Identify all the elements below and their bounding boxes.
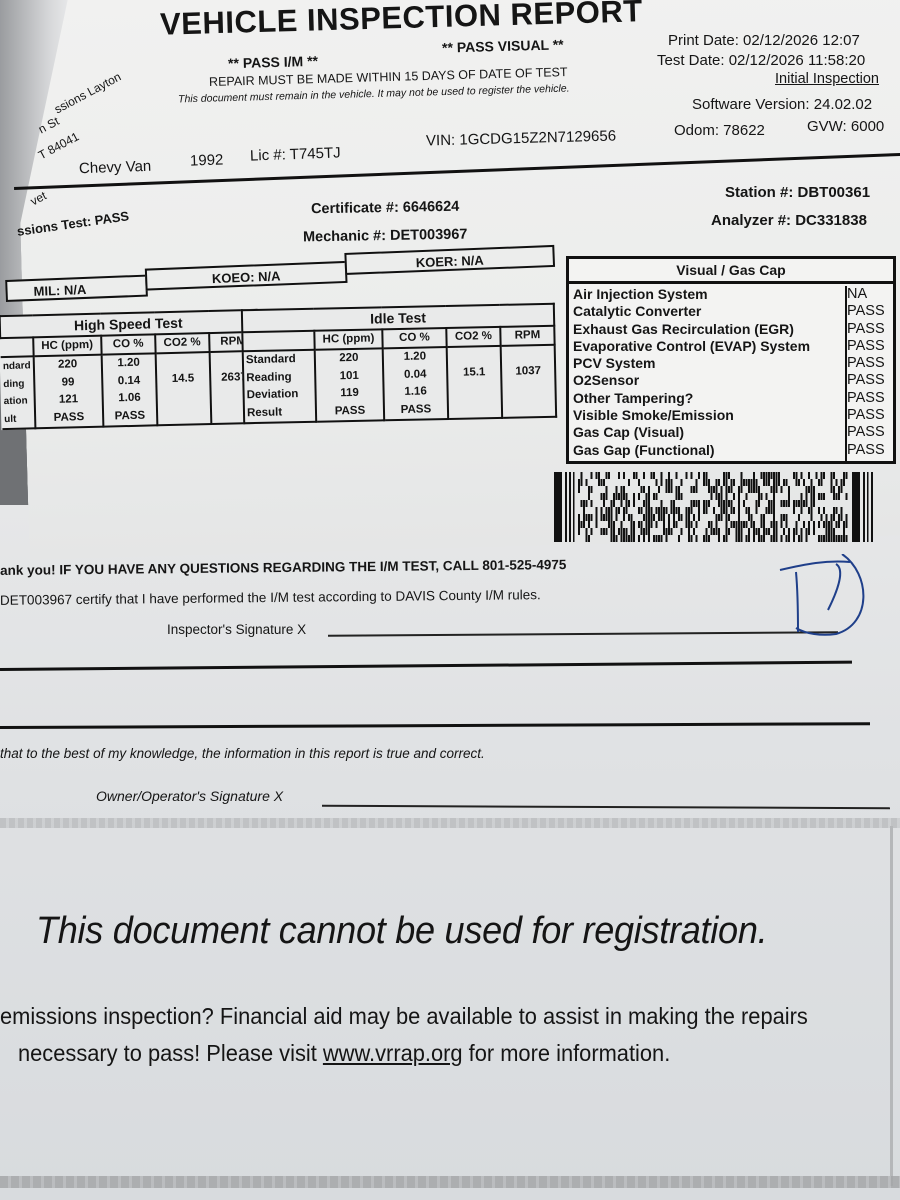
visual-item-label: Gas Gap (Functional) [573,442,845,459]
perforation-top [0,818,900,828]
license-plate: Lic #: T745TJ [250,144,341,164]
idle-col-rpm: RPM [500,326,554,346]
visual-item-result: PASS [847,321,893,338]
financial-aid-line-1: emissions inspection? Financial aid may … [0,1003,808,1030]
idle-col-co2: CO2 % [446,327,500,347]
visual-check-items: Air Injection SystemCatalytic ConverterE… [573,286,847,464]
visual-check-results: NAPASSPASSPASSPASSPASSPASSPASSPASSPASS [847,286,893,459]
mil-status: MIL: N/A [33,282,86,299]
idle-col-co: CO % [382,328,446,348]
visual-item-label: O2Sensor [573,372,845,389]
gross-vehicle-weight: GVW: 6000 [807,118,884,135]
visual-item-result: PASS [847,372,893,389]
visual-item-label: Visible Smoke/Emission [573,407,845,424]
visual-gas-cap-box: Visual / Gas Cap Air Injection SystemCat… [566,256,896,464]
perforation-bottom [0,1176,900,1188]
inspector-signature-mark [776,554,876,638]
idle-test-table: Idle Test HC (ppm) CO % CO2 % RPM Standa… [241,303,557,425]
report-sheet-lower [0,505,900,1200]
vehicle-year: 1992 [190,151,224,169]
hs-row-labels: ndard ding ation ult [1,356,36,429]
print-date: Print Date: 02/12/2026 12:07 [668,32,860,49]
koer-status: KOER: N/A [416,253,484,271]
software-version: Software Version: 24.02.02 [692,96,872,113]
hs-co-values: 1.20 0.14 1.06 PASS [101,353,157,426]
idle-col-hc: HC (ppm) [314,329,382,349]
visual-item-result: PASS [847,407,893,424]
certificate-number: Certificate #: 6646624 [311,199,460,218]
idle-rpm-value: 1037 [501,345,556,418]
idle-hc-values: 220 101 119 PASS [315,348,384,421]
hs-co2-value: 14.5 [155,352,211,425]
koeo-status: KOEO: N/A [212,268,281,286]
visual-item-result: NA [847,286,893,303]
pdf417-barcode [554,472,876,542]
pass-visual-status: ** PASS VISUAL ** [442,36,564,55]
fold-edge [890,826,893,1186]
owner-statement: that to the best of my knowledge, the in… [0,746,485,761]
visual-item-result: PASS [847,303,893,320]
odometer: Odom: 78622 [674,122,765,139]
visual-gas-cap-title: Visual / Gas Cap [569,259,893,284]
no-registration-notice: This document cannot be used for registr… [36,910,767,953]
test-date: Test Date: 02/12/2026 11:58:20 [657,52,865,69]
mechanic-number: Mechanic #: DET003967 [303,227,468,246]
visual-item-label: Air Injection System [573,286,845,303]
pass-im-status: ** PASS I/M ** [228,53,318,72]
koeo-cell: KOEO: N/A [145,261,348,291]
owner-signature-label: Owner/Operator's Signature X [96,788,283,804]
visual-item-label: Other Tampering? [573,390,845,407]
hs-col-co: CO % [101,334,155,354]
visual-item-result: PASS [847,338,893,355]
inspection-type: Initial Inspection [775,71,879,87]
vehicle-make-model: Chevy Van [79,158,152,178]
high-speed-test-table: High Speed Test HC (ppm) CO % CO2 % RPM … [0,309,260,430]
visual-item-result: PASS [847,355,893,372]
visual-item-label: Exhaust Gas Recirculation (EGR) [573,321,845,338]
visual-item-label: Gas Cap (Visual) [573,424,845,441]
analyzer-number: Analyzer #: DC331838 [711,212,867,229]
station-number: Station #: DBT00361 [725,184,870,201]
hs-hc-values: 220 99 121 PASS [33,355,103,429]
visual-item-result: PASS [847,442,893,459]
visual-item-result: PASS [847,424,893,441]
visual-item-result: PASS [847,390,893,407]
financial-aid-line-2: necessary to pass! Please visit www.vrra… [18,1040,670,1067]
hs-col-co2: CO2 % [155,333,209,353]
hs-col-hc: HC (ppm) [33,336,101,357]
inspector-signature-label: Inspector's Signature X [167,622,306,637]
vrrap-link[interactable]: www.vrrap.org [323,1040,463,1066]
idle-co-values: 1.20 0.04 1.16 PASS [383,347,448,420]
visual-item-label: PCV System [573,355,845,372]
idle-row-labels: Standard Reading Deviation Result [243,350,316,423]
idle-co2-value: 15.1 [447,346,502,419]
visual-item-label: Catalytic Converter [573,303,845,320]
visual-item-label: Evaporative Control (EVAP) System [573,338,845,355]
